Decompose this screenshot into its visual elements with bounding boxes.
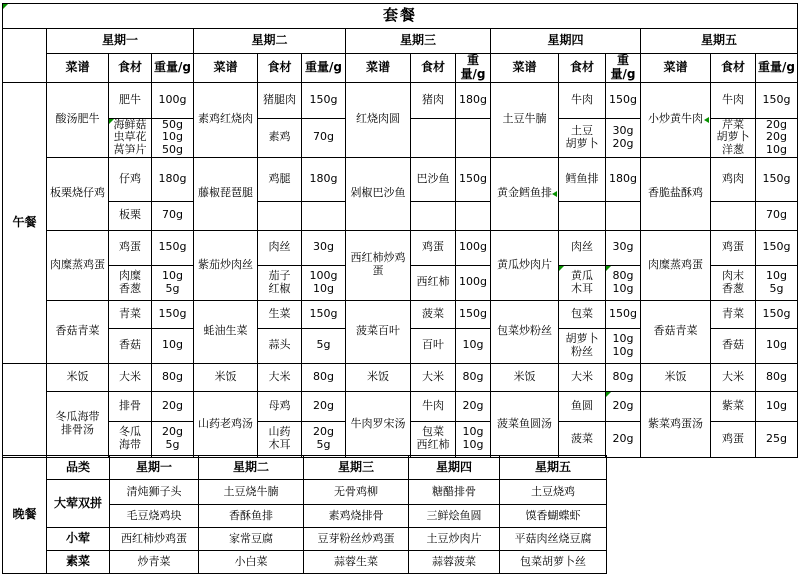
weight-cell: 150g — [756, 300, 798, 328]
dinner-item-cell: 香酥鱼排 — [199, 505, 304, 528]
weight-cell: 70g — [152, 201, 194, 230]
weight-cell: 25g — [756, 421, 798, 457]
weight-cell: 150g — [302, 82, 346, 118]
weight-cell: 80g — [606, 363, 641, 391]
dish-cell: 米饭 — [491, 363, 559, 391]
ingredient-cell: 大米 — [559, 363, 606, 391]
dish-cell: 板栗烧仔鸡 — [47, 157, 109, 230]
table-row: 大荤双拼清炖狮子头土豆烧牛腩无骨鸡柳糖醋排骨土豆烧鸡 — [3, 480, 607, 505]
weight-cell: 20g — [606, 421, 641, 457]
ingredient-cell: 牛肉 — [711, 82, 756, 118]
dinner-item-cell: 土豆烧鸡 — [500, 480, 607, 505]
weight-cell: 180g — [152, 157, 194, 201]
dish-cell: 牛肉罗宋汤 — [346, 391, 411, 457]
subheader-weight: 重量/g — [152, 54, 194, 83]
dish-cell: 红烧肉圆 — [346, 82, 411, 157]
table-row: 菜谱食材重量/g菜谱食材重量/g菜谱食材重量/g菜谱食材重量/g菜谱食材重量/g — [3, 54, 798, 83]
dinner-item-cell: 糖醋排骨 — [409, 480, 500, 505]
dish-cell: 紫茄炒肉丝 — [194, 230, 258, 300]
weight-cell: 70g — [756, 201, 798, 230]
dish-cell: 肉糜蒸鸡蛋 — [47, 230, 109, 300]
meal-label-empty — [3, 363, 47, 457]
ingredient-cell: 鸡蛋 — [711, 230, 756, 265]
weight-cell: 80g — [756, 363, 798, 391]
ingredient-cell: 母鸡 — [258, 391, 302, 421]
ingredient-cell: 紫菜 — [711, 391, 756, 421]
weight-cell: 20g — [456, 391, 491, 421]
weight-cell: 10g — [152, 328, 194, 363]
category-cell: 素菜 — [47, 551, 110, 574]
weight-cell: 180g — [302, 157, 346, 201]
ingredient-cell: 猪腿肉 — [258, 82, 302, 118]
day-header: 星期一 — [47, 29, 194, 54]
dish-cell: 米饭 — [194, 363, 258, 391]
day-header: 星期四 — [409, 456, 500, 480]
ingredient-cell: 鱼圆 — [559, 391, 606, 421]
day-header: 星期五 — [500, 456, 607, 480]
ingredient-cell: 青菜 — [711, 300, 756, 328]
dish-cell: 菠菜百叶 — [346, 300, 411, 363]
day-header: 星期三 — [304, 456, 409, 480]
weight-cell: 150g — [152, 300, 194, 328]
weight-cell: 150g — [456, 300, 491, 328]
weight-cell: 180g — [606, 157, 641, 201]
table-row: 星期一星期二星期三星期四星期五 — [3, 29, 798, 54]
subheader-ingredient: 食材 — [109, 54, 152, 83]
dish-cell: 酸汤肥牛 — [47, 82, 109, 157]
dinner-item-cell: 炒青菜 — [110, 551, 199, 574]
weight-cell: 10g — [756, 391, 798, 421]
ingredient-cell: 鳕鱼排 — [559, 157, 606, 201]
sheet-title: 套餐 — [3, 4, 798, 29]
weight-cell: 70g — [302, 118, 346, 157]
ingredient-cell: 胡萝卜 粉丝 — [559, 328, 606, 363]
dish-cell: 菠菜鱼圆汤 — [491, 391, 559, 457]
dish-cell: 香菇青菜 — [47, 300, 109, 363]
ingredient-cell: 牛肉 — [559, 82, 606, 118]
table-row: 板栗烧仔鸡仔鸡180g藤椒琵琶腿鸡腿180g剁椒巴沙鱼巴沙鱼150g黄金鳕鱼排鳕… — [3, 157, 798, 201]
weight-cell: 30g 20g — [606, 118, 641, 157]
dinner-item-cell: 三鲜烩鱼圆 — [409, 505, 500, 528]
dinner-item-cell: 平菇肉丝烧豆腐 — [500, 528, 607, 551]
weight-cell: 150g — [152, 230, 194, 265]
dish-cell: 藤椒琵琶腿 — [194, 157, 258, 230]
ingredient-cell: 土豆 胡萝卜 — [559, 118, 606, 157]
table-row: 晚餐品类星期一星期二星期三星期四星期五 — [3, 456, 607, 480]
weight-cell: 50g 10g 50g — [152, 118, 194, 157]
dish-cell: 蚝油生菜 — [194, 300, 258, 363]
ingredient-cell: 鸡蛋 — [109, 230, 152, 265]
dish-cell: 土豆牛腩 — [491, 82, 559, 157]
subheader-ingredient: 食材 — [411, 54, 456, 83]
ingredient-cell: 蒜头 — [258, 328, 302, 363]
ingredient-cell: 青菜 — [109, 300, 152, 328]
weight-cell: 150g — [456, 157, 491, 201]
table-row: 午餐酸汤肥牛肥牛100g素鸡红烧肉猪腿肉150g红烧肉圆猪肉180g土豆牛腩牛肉… — [3, 82, 798, 118]
weight-cell: 150g — [606, 300, 641, 328]
dish-cell: 黄瓜炒肉片 — [491, 230, 559, 300]
dish-cell: 紫菜鸡蛋汤 — [641, 391, 711, 457]
ingredient-cell: 大米 — [711, 363, 756, 391]
subheader-ingredient: 食材 — [258, 54, 302, 83]
subheader-ingredient: 食材 — [559, 54, 606, 83]
weight-cell: 100g — [456, 230, 491, 265]
subheader-weight: 重量/g — [302, 54, 346, 83]
weight-cell: 100g 10g — [302, 265, 346, 300]
day-header: 星期二 — [199, 456, 304, 480]
dinner-menu-table: 晚餐品类星期一星期二星期三星期四星期五大荤双拼清炖狮子头土豆烧牛腩无骨鸡柳糖醋排… — [2, 455, 607, 574]
weight-cell: 20g — [606, 391, 641, 421]
weight-cell: 150g — [302, 300, 346, 328]
weight-cell: 5g — [302, 328, 346, 363]
dish-cell: 冬瓜海带 排骨汤 — [47, 391, 109, 457]
weight-cell: 10g 5g — [152, 265, 194, 300]
subheader-dish: 菜谱 — [194, 54, 258, 83]
dish-cell: 肉糜蒸鸡蛋 — [641, 230, 711, 300]
weight-cell: 10g — [456, 328, 491, 363]
ingredient-cell: 猪肉 — [411, 82, 456, 118]
ingredient-cell: 包菜 西红柿 — [411, 421, 456, 457]
corner-cell — [3, 29, 47, 83]
weight-cell — [302, 201, 346, 230]
table-row: 冬瓜海带 排骨汤排骨20g山药老鸡汤母鸡20g牛肉罗宋汤牛肉20g菠菜鱼圆汤鱼圆… — [3, 391, 798, 421]
dish-cell: 黄金鳕鱼排 — [491, 157, 559, 230]
subheader-weight: 重量/g — [456, 54, 491, 83]
dish-cell: 米饭 — [346, 363, 411, 391]
weight-cell: 150g — [756, 82, 798, 118]
weight-cell: 30g — [606, 230, 641, 265]
weight-cell: 10g 10g — [606, 328, 641, 363]
ingredient-cell: 香菇 — [109, 328, 152, 363]
ingredient-cell — [559, 201, 606, 230]
weight-cell: 100g — [152, 82, 194, 118]
ingredient-cell: 鸡蛋 — [711, 421, 756, 457]
weight-cell: 20g 20g 10g — [756, 118, 798, 157]
weight-cell: 30g — [302, 230, 346, 265]
subheader-dish: 菜谱 — [641, 54, 711, 83]
table-row: 米饭大米80g米饭大米80g米饭大米80g米饭大米80g米饭大米80g — [3, 363, 798, 391]
day-header: 星期二 — [194, 29, 346, 54]
subheader-dish: 菜谱 — [47, 54, 109, 83]
weight-cell: 20g 5g — [152, 421, 194, 457]
ingredient-cell: 山药 木耳 — [258, 421, 302, 457]
dinner-item-cell: 土豆烧牛腩 — [199, 480, 304, 505]
dinner-item-cell: 无骨鸡柳 — [304, 480, 409, 505]
ingredient-cell: 菠菜 — [559, 421, 606, 457]
ingredient-cell: 牛肉 — [411, 391, 456, 421]
weight-cell: 10g 5g — [756, 265, 798, 300]
subheader-dish: 菜谱 — [491, 54, 559, 83]
day-header: 星期五 — [641, 29, 798, 54]
subheader-weight: 重量/g — [756, 54, 798, 83]
ingredient-cell: 菠菜 — [411, 300, 456, 328]
weight-cell: 20g 5g — [302, 421, 346, 457]
dinner-item-cell: 家常豆腐 — [199, 528, 304, 551]
ingredient-cell: 素鸡 — [258, 118, 302, 157]
category-cell: 小荤 — [47, 528, 110, 551]
weight-cell: 80g — [302, 363, 346, 391]
table-row: 香菇青菜青菜150g蚝油生菜生菜150g菠菜百叶菠菜150g包菜炒粉丝包菜150… — [3, 300, 798, 328]
dinner-item-cell: 土豆炒肉片 — [409, 528, 500, 551]
ingredient-cell — [711, 201, 756, 230]
ingredient-cell: 板栗 — [109, 201, 152, 230]
ingredient-cell: 肉末 香葱 — [711, 265, 756, 300]
ingredient-cell: 百叶 — [411, 328, 456, 363]
dinner-item-cell: 豆芽粉丝炒鸡蛋 — [304, 528, 409, 551]
dish-cell: 素鸡红烧肉 — [194, 82, 258, 157]
ingredient-cell: 巴沙鱼 — [411, 157, 456, 201]
dish-cell: 剁椒巴沙鱼 — [346, 157, 411, 230]
table-row: 肉糜蒸鸡蛋鸡蛋150g紫茄炒肉丝肉丝30g西红柿炒鸡蛋鸡蛋100g黄瓜炒肉片肉丝… — [3, 230, 798, 265]
ingredient-cell — [411, 118, 456, 157]
weight-cell: 80g — [456, 363, 491, 391]
meal-label-dinner: 晚餐 — [3, 456, 47, 574]
ingredient-cell: 大米 — [109, 363, 152, 391]
ingredient-cell: 黄瓜 木耳 — [559, 265, 606, 300]
subheader-ingredient: 食材 — [711, 54, 756, 83]
ingredient-cell — [258, 201, 302, 230]
weight-cell: 180g — [456, 82, 491, 118]
ingredient-cell: 鸡肉 — [711, 157, 756, 201]
ingredient-cell: 包菜 — [559, 300, 606, 328]
dinner-item-cell: 毛豆烧鸡块 — [110, 505, 199, 528]
ingredient-cell: 肉丝 — [559, 230, 606, 265]
weight-cell: 10g 10g — [456, 421, 491, 457]
ingredient-cell: 肥牛 — [109, 82, 152, 118]
dish-cell: 米饭 — [47, 363, 109, 391]
subheader-dish: 菜谱 — [346, 54, 411, 83]
ingredient-cell: 茄子 红椒 — [258, 265, 302, 300]
ingredient-cell: 冬瓜 海带 — [109, 421, 152, 457]
dinner-item-cell: 馍香蝴蝶虾 — [500, 505, 607, 528]
dinner-item-cell: 蒜蓉生菜 — [304, 551, 409, 574]
table-row: 套餐 — [3, 4, 798, 29]
ingredient-cell: 肉丝 — [258, 230, 302, 265]
weight-cell: 10g — [756, 328, 798, 363]
weight-cell: 80g — [152, 363, 194, 391]
weight-cell — [456, 201, 491, 230]
ingredient-cell: 鸡蛋 — [411, 230, 456, 265]
weight-cell — [456, 118, 491, 157]
dinner-item-cell: 素鸡烧排骨 — [304, 505, 409, 528]
ingredient-cell — [411, 201, 456, 230]
sheet-background: { "title": "套餐", "colors": { "background… — [0, 0, 799, 574]
ingredient-cell: 芹菜 胡萝卜 洋葱 — [711, 118, 756, 157]
ingredient-cell: 肉糜 香葱 — [109, 265, 152, 300]
dish-cell: 香脆盐酥鸡 — [641, 157, 711, 230]
day-header: 星期一 — [110, 456, 199, 480]
weight-cell: 150g — [606, 82, 641, 118]
dinner-item-cell: 包菜胡萝卜丝 — [500, 551, 607, 574]
category-header: 品类 — [47, 456, 110, 480]
lunch-menu-table: 套餐星期一星期二星期三星期四星期五菜谱食材重量/g菜谱食材重量/g菜谱食材重量/… — [2, 3, 798, 458]
category-cell: 大荤双拼 — [47, 480, 110, 528]
table-row: 小荤西红柿炒鸡蛋家常豆腐豆芽粉丝炒鸡蛋土豆炒肉片平菇肉丝烧豆腐 — [3, 528, 607, 551]
weight-cell: 150g — [756, 230, 798, 265]
ingredient-cell: 大米 — [258, 363, 302, 391]
dish-cell: 米饭 — [641, 363, 711, 391]
ingredient-cell: 鸡腿 — [258, 157, 302, 201]
weight-cell: 100g — [456, 265, 491, 300]
table-row: 素菜炒青菜小白菜蒜蓉生菜蒜蓉菠菜包菜胡萝卜丝 — [3, 551, 607, 574]
dish-cell: 山药老鸡汤 — [194, 391, 258, 457]
dish-cell: 包菜炒粉丝 — [491, 300, 559, 363]
dish-cell: 香菇青菜 — [641, 300, 711, 363]
weight-cell: 150g — [756, 157, 798, 201]
ingredient-cell: 仔鸡 — [109, 157, 152, 201]
dinner-item-cell: 蒜蓉菠菜 — [409, 551, 500, 574]
day-header: 星期四 — [491, 29, 641, 54]
weight-cell: 20g — [302, 391, 346, 421]
dinner-item-cell: 小白菜 — [199, 551, 304, 574]
ingredient-cell: 大米 — [411, 363, 456, 391]
weight-cell: 80g 10g — [606, 265, 641, 300]
dinner-item-cell: 清炖狮子头 — [110, 480, 199, 505]
meal-label-lunch: 午餐 — [3, 82, 47, 363]
ingredient-cell: 海鲜菇 虫草花 莴笋片 — [109, 118, 152, 157]
weight-cell — [606, 201, 641, 230]
weight-cell: 20g — [152, 391, 194, 421]
dish-cell: 小炒黄牛肉 — [641, 82, 711, 157]
day-header: 星期三 — [346, 29, 491, 54]
ingredient-cell: 生菜 — [258, 300, 302, 328]
ingredient-cell: 香菇 — [711, 328, 756, 363]
ingredient-cell: 西红柿 — [411, 265, 456, 300]
ingredient-cell: 排骨 — [109, 391, 152, 421]
dish-cell: 西红柿炒鸡蛋 — [346, 230, 411, 300]
dinner-item-cell: 西红柿炒鸡蛋 — [110, 528, 199, 551]
subheader-weight: 重量/g — [606, 54, 641, 83]
